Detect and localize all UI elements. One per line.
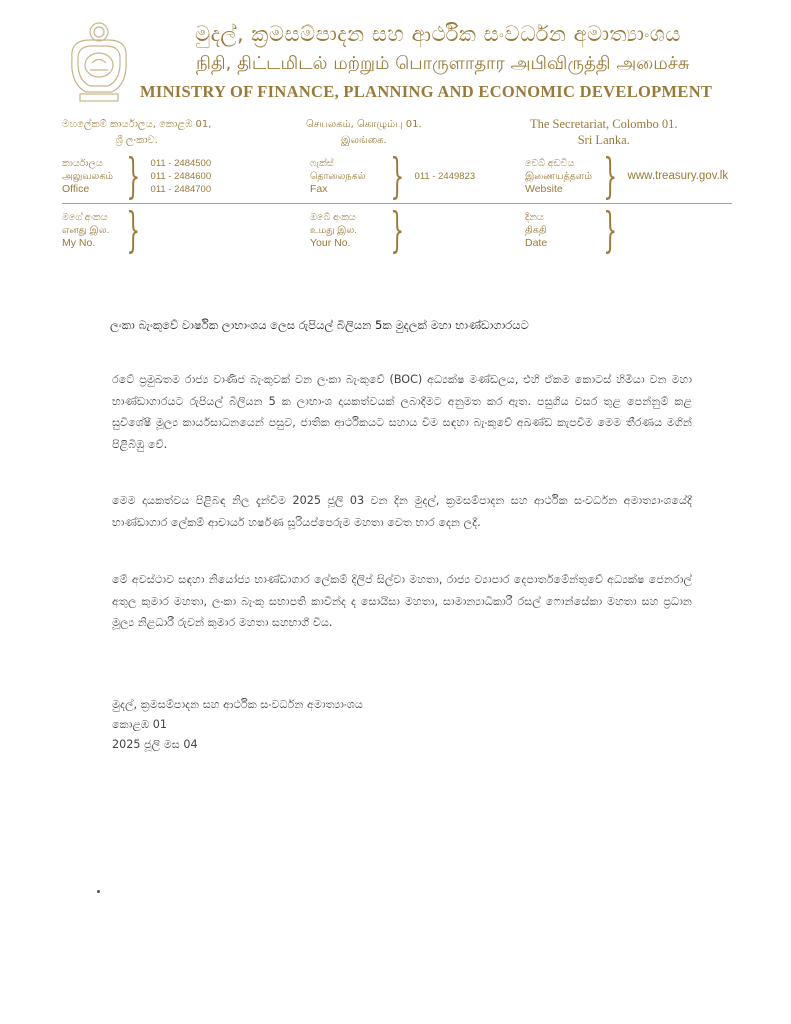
office-phone: 011 - 2484700	[151, 183, 212, 196]
office-label-sinhala: කාර්යාලය	[62, 157, 116, 170]
sri-lanka-emblem-icon	[62, 18, 136, 106]
office-phone: 011 - 2484600	[151, 170, 212, 183]
signature-org: මුදල්, ක්‍රමසම්පාදන සහ ආර්ථික සංවර්ධන අම…	[112, 695, 363, 715]
office-phone: 011 - 2484500	[151, 157, 212, 170]
office-label-english: Office	[62, 183, 116, 196]
brace-icon: }	[603, 208, 617, 252]
address-sinhala: මහලේකම් කාර්යාලය, කොළඹ 01, ශ්‍රී ලංකාව.	[62, 117, 211, 149]
website-block: වෙබ් අඩවිය இணையத்தளம் Website } www.trea…	[525, 154, 728, 198]
signature-city: කොළඹ 01	[112, 715, 363, 735]
your-no-label-sinhala: ඔබේ අංකය	[310, 211, 380, 224]
fax-label-sinhala: ෆැක්ස්	[310, 157, 380, 170]
website-label-tamil: இணையத்தளம்	[525, 170, 593, 183]
signature-block: මුදල්, ක්‍රමසම්පාදන සහ ආර්ථික සංවර්ධන අම…	[112, 695, 363, 755]
ministry-name-tamil: நிதி, திட்டமிடல் மற்றும் பொருளாதார அபிவி…	[196, 53, 690, 76]
address-line: Sri Lanka.	[530, 132, 678, 148]
address-line: The Secretariat, Colombo 01.	[530, 116, 678, 132]
my-no-field: මගේ අංකය எனது இல. My No. }	[62, 208, 151, 252]
brace-icon: }	[390, 154, 404, 198]
brace-icon: }	[126, 208, 140, 252]
your-no-field: ඔබේ අංකය உமது இல. Your No. }	[310, 208, 415, 252]
address-line: මහලේකම් කාර්යාලය, කොළඹ 01,	[62, 117, 211, 133]
brace-icon: }	[390, 208, 404, 252]
office-phone-block: කාර්යාලය அலுவலகம் Office } 011 - 2484500…	[62, 154, 211, 198]
address-line: இலங்கை.	[306, 133, 422, 149]
fax-label-english: Fax	[310, 183, 380, 196]
my-no-label-sinhala: මගේ අංකය	[62, 211, 116, 224]
fax-block: ෆැක්ස් தொலைநகல் Fax } 011 - 2449823	[310, 154, 475, 198]
website-link[interactable]: www.treasury.gov.lk	[628, 170, 729, 183]
body-paragraph: රටේ ප්‍රමුඛතම රාජ්‍ය වාණිජ බැංකුවක් වන ල…	[112, 369, 692, 455]
address-line: செயலகம், கொழும்பு 01.	[306, 117, 422, 133]
website-label-english: Website	[525, 183, 593, 196]
letter-subject: ලංකා බැංකුවේ වාර්ෂික ලාභාංශය ලෙස රුපියල්…	[110, 318, 529, 333]
signature-date: 2025 ජූලි මස 04	[112, 735, 363, 755]
your-no-label-tamil: உமது இல.	[310, 224, 380, 237]
my-no-label-english: My No.	[62, 237, 116, 250]
office-label-tamil: அலுவலகம்	[62, 170, 116, 183]
date-field: දිනය திகதி Date }	[525, 208, 628, 252]
brace-icon: }	[603, 154, 617, 198]
fax-label-tamil: தொலைநகல்	[310, 170, 380, 183]
address-english: The Secretariat, Colombo 01. Sri Lanka.	[530, 116, 678, 148]
address-line: ශ්‍රී ලංකාව.	[62, 133, 211, 149]
brace-icon: }	[126, 154, 140, 198]
ministry-name-sinhala: මුදල්, ක්‍රමසම්පාදන සහ ආර්ථික සංවර්ධන අම…	[195, 22, 681, 47]
my-no-label-tamil: எனது இல.	[62, 224, 116, 237]
your-no-label-english: Your No.	[310, 237, 380, 250]
website-label-sinhala: වෙබ් අඩවිය	[525, 157, 593, 170]
body-paragraph: මේ අවස්ථාව සඳහා නියෝජ්‍ය භාණ්ඩාගාර ලේකම්…	[112, 569, 692, 634]
date-label-english: Date	[525, 237, 593, 250]
date-label-sinhala: දිනය	[525, 211, 593, 224]
scan-speck	[97, 890, 100, 893]
body-paragraph: මෙම දායකත්වය පිළිබඳ නිල දැන්වීම 2025 ජූල…	[112, 490, 692, 533]
ministry-name-english: MINISTRY OF FINANCE, PLANNING AND ECONOM…	[140, 82, 712, 102]
fax-number: 011 - 2449823	[415, 170, 476, 183]
date-label-tamil: திகதி	[525, 224, 593, 237]
address-tamil: செயலகம், கொழும்பு 01. இலங்கை.	[306, 117, 422, 149]
